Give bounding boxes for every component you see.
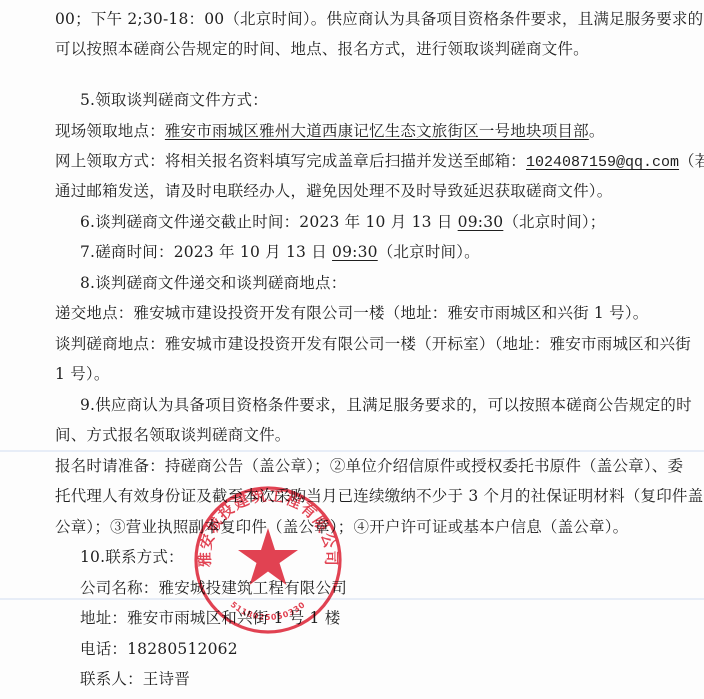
scan-artifact-line <box>0 598 704 600</box>
submission-deadline-line: 6.谈判磋商文件递交截止时间：2023 年 10 月 13 日 09:30（北京… <box>80 212 605 232</box>
section-10-heading: 10.联系方式： <box>80 547 184 567</box>
contact-person: 联系人：王诗晋 <box>80 669 190 689</box>
email-link[interactable]: 1024087159@qq.com <box>526 154 679 171</box>
consultation-time: 09:30 <box>332 243 378 261</box>
paragraph-line: 通过邮箱发送，请及时电联经办人，避免因处理不及时导致延迟获取磋商文件）。 <box>55 181 612 201</box>
paragraph-line: 托代理人有效身份证及截至本次采购当月已连续缴纳不少于 3 个月的社保证明材料（复… <box>55 486 703 506</box>
section-9-line: 9.供应商认为具备项目资格条件要求，且满足服务要求的，可以按照本磋商公告规定的时 <box>80 395 692 415</box>
deadline-suffix: （北京时间）； <box>503 213 605 231</box>
company-address: 地址：雅安市雨城区和兴街 1 号 1 楼 <box>80 608 340 628</box>
onsite-pickup-line: 现场领取地点：雅安市雨城区雅州大道西康记忆生态文旅街区一号地块项目部。 <box>55 121 605 141</box>
paragraph-line: 可以按照本磋商公告规定的时间、地点、报名方式，进行领取谈判磋商文件。 <box>55 39 589 59</box>
submission-location: 递交地点：雅安城市建设投资开发有限公司一楼（地址：雅安市雨城区和兴街 1 号）。 <box>55 303 648 323</box>
consultation-time-line: 7.磋商时间：2023 年 10 月 13 日 09:30（北京时间）。 <box>80 242 480 262</box>
paragraph-line: 间、方式报名领取谈判磋商文件。 <box>55 425 291 445</box>
section-8-heading: 8.谈判磋商文件递交和谈判磋商地点： <box>80 273 346 293</box>
consultation-suffix: （北京时间）。 <box>378 243 480 261</box>
section-5-heading: 5.领取谈判磋商文件方式： <box>80 90 268 110</box>
online-pickup-line: 网上领取方式：将相关报名资料填写完成盖章后扫描并发送至邮箱：1024087159… <box>55 151 704 173</box>
onsite-pickup-end: 。 <box>589 122 605 140</box>
consultation-label: 7.磋商时间：2023 年 10 月 13 日 <box>80 243 332 261</box>
venue-location: 谈判磋商地点：雅安城市建设投资开发有限公司一楼（开标室）（地址：雅安市雨城区和兴… <box>55 334 691 354</box>
onsite-pickup-address: 雅安市雨城区雅州大道西康记忆生态文旅街区一号地块项目部 <box>165 122 589 140</box>
scan-artifact-line <box>0 450 704 452</box>
deadline-label: 6.谈判磋商文件递交截止时间：2023 年 10 月 13 日 <box>80 213 458 231</box>
paragraph-line: 00；下午 2;30-18：00（北京时间）。供应商认为具备项目资格条件要求，且… <box>55 9 704 29</box>
online-pickup-label: 网上领取方式：将相关报名资料填写完成盖章后扫描并发送至邮箱： <box>55 152 526 170</box>
onsite-pickup-label: 现场领取地点： <box>55 122 165 140</box>
deadline-time: 09:30 <box>458 213 504 231</box>
registration-prep-line: 报名时请准备：持磋商公告（盖公章）；②单位介绍信原件或授权委托书原件（盖公章）、… <box>55 456 683 476</box>
online-pickup-end: （若 <box>679 152 704 170</box>
company-phone: 电话：18280512062 <box>80 639 238 659</box>
paragraph-line: 公章）；③营业执照副本复印件（盖公章）；④开户许可证或基本户信息（盖公章）。 <box>55 517 628 537</box>
document-page: 00；下午 2;30-18：00（北京时间）。供应商认为具备项目资格条件要求，且… <box>0 0 704 699</box>
company-name: 公司名称：雅安城投建筑工程有限公司 <box>80 578 347 598</box>
paragraph-line: 1 号）。 <box>55 364 110 384</box>
